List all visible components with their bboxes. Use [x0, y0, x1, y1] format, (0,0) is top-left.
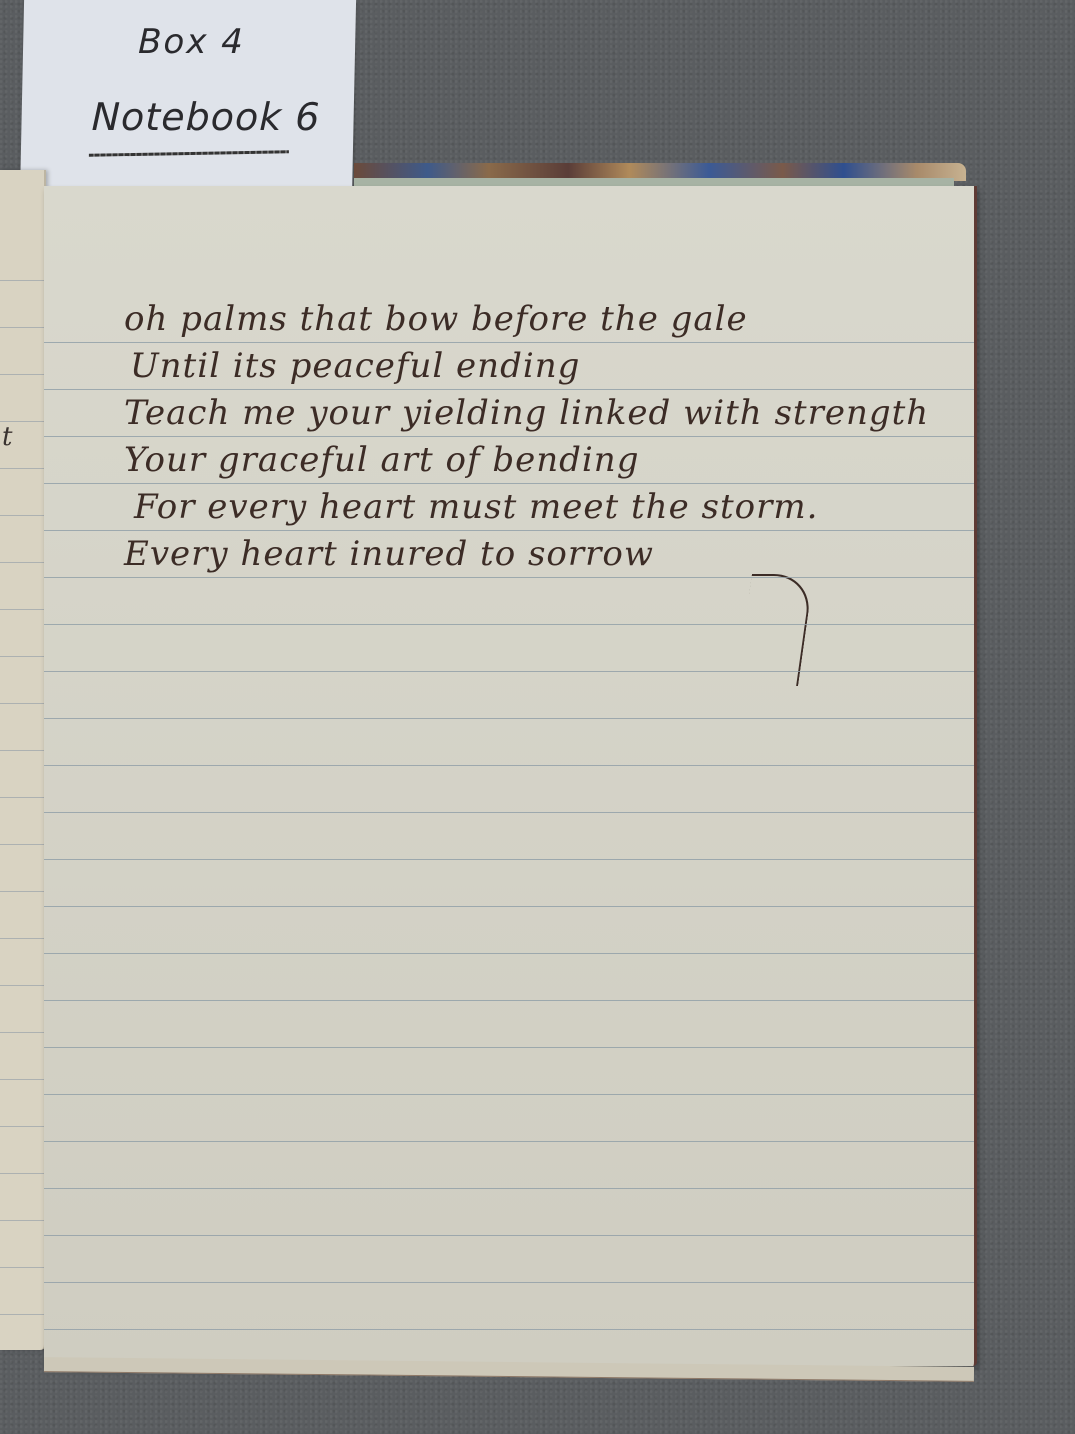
poem-line: Until its peaceful ending — [130, 343, 929, 390]
ruled-line — [44, 1047, 974, 1048]
label-underline — [89, 150, 289, 156]
ruled-line — [0, 515, 44, 516]
ruled-line — [0, 891, 44, 892]
notebook-page: oh palms that bow before the gale Until … — [44, 186, 977, 1366]
ruled-line — [44, 530, 974, 531]
ruled-line — [44, 671, 974, 672]
poem-line: Every heart inured to sorrow — [124, 531, 929, 578]
ruled-line — [0, 750, 44, 751]
ruled-line — [44, 1094, 974, 1095]
ruled-line — [0, 468, 44, 469]
ruled-line — [0, 327, 44, 328]
ruled-line — [44, 812, 974, 813]
ruled-line — [44, 953, 974, 954]
archive-label-card: Box 4 Notebook 6 — [20, 0, 356, 200]
ruled-line — [0, 938, 44, 939]
ruled-line — [44, 483, 974, 484]
poem-line: Teach me your yielding linked with stren… — [124, 390, 929, 437]
ruled-line — [44, 765, 974, 766]
ruled-line — [44, 577, 974, 578]
ruled-line — [0, 1314, 44, 1315]
ruled-line — [0, 374, 44, 375]
ruled-line — [0, 280, 44, 281]
ruled-line — [0, 703, 44, 704]
ruled-line — [44, 389, 974, 390]
ruled-line — [44, 859, 974, 860]
ruled-line — [0, 656, 44, 657]
ruled-line — [0, 985, 44, 986]
ruled-line — [44, 906, 974, 907]
ruled-line — [44, 436, 974, 437]
ruled-line — [44, 1141, 974, 1142]
ruled-line — [44, 1235, 974, 1236]
poem-line: For every heart must meet the storm. — [134, 484, 929, 531]
left-page-text-fragment: t — [2, 422, 12, 452]
ruled-line — [0, 1079, 44, 1080]
ruled-line — [0, 609, 44, 610]
label-notebook-number: Notebook 6 — [91, 95, 321, 139]
poem-line: oh palms that bow before the gale — [124, 296, 929, 343]
ruled-line — [44, 718, 974, 719]
ruled-line — [0, 421, 44, 422]
ruled-line — [44, 1000, 974, 1001]
ruled-line — [44, 1329, 974, 1330]
poem-line: Your graceful art of bending — [124, 437, 929, 484]
ruled-line — [44, 1282, 974, 1283]
ruled-line — [0, 1126, 44, 1127]
ruled-line — [0, 1267, 44, 1268]
ruled-line — [0, 797, 44, 798]
ruled-line — [44, 1188, 974, 1189]
ruled-line — [0, 1220, 44, 1221]
left-page: t — [0, 170, 46, 1350]
ruled-line — [0, 1032, 44, 1033]
ruled-line — [0, 1173, 44, 1174]
ruled-line — [0, 562, 44, 563]
ruled-line — [44, 624, 974, 625]
handwritten-poem: oh palms that bow before the gale Until … — [124, 296, 929, 578]
ruled-line — [44, 342, 974, 343]
label-box-number: Box 4 — [138, 22, 246, 62]
ruled-line — [0, 844, 44, 845]
ink-flourish — [736, 574, 814, 686]
